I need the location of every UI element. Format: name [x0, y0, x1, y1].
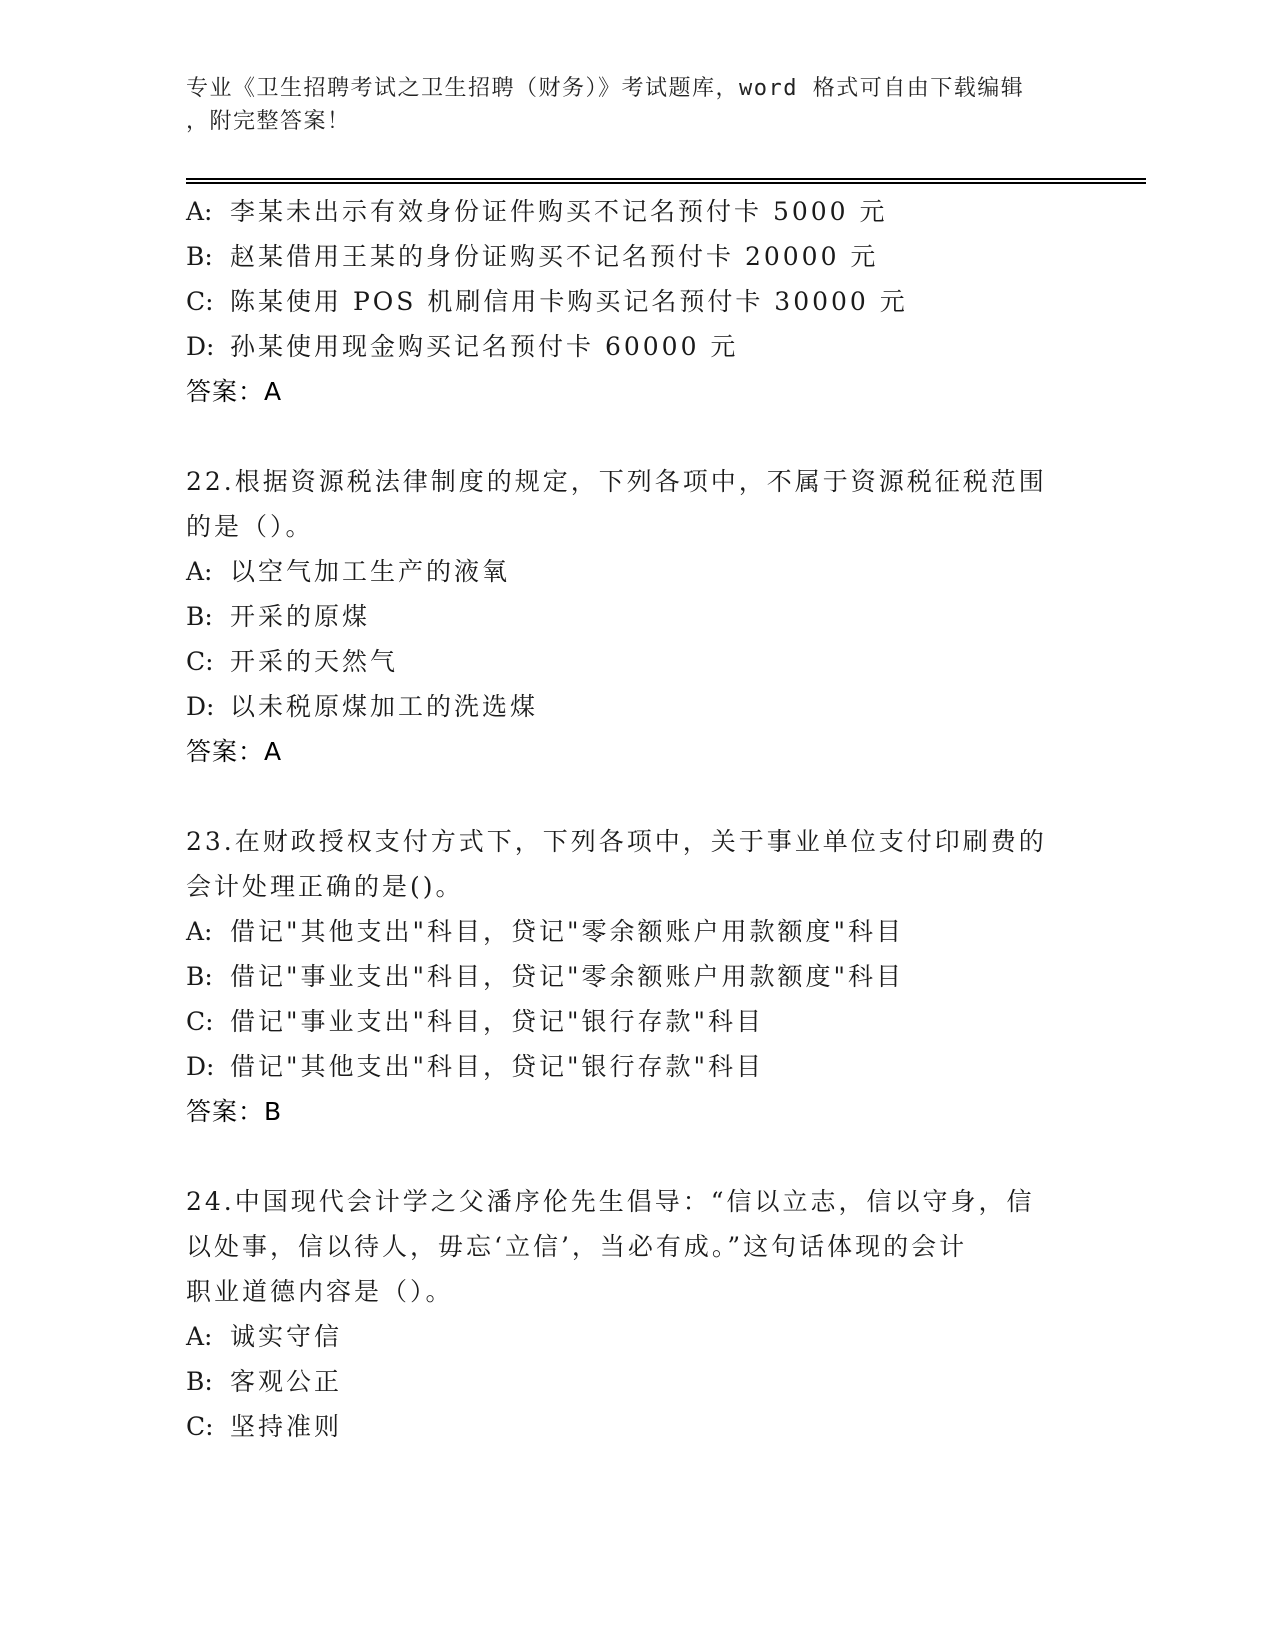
question-stem-cont: 职业道德内容是（）。 — [186, 1269, 1086, 1314]
question-22: 22.根据资源税法律制度的规定，下列各项中，不属于资源税征税范围 的是（）。 A… — [186, 459, 1086, 774]
document-page: 专业《卫生招聘考试之卫生招聘（财务）》考试题库，word 格式可自由下载编辑 ，… — [0, 0, 1275, 1650]
option-b: B:借记"事业支出"科目，贷记"零余额账户用款额度"科目 — [186, 954, 1086, 999]
question-23: 23.在财政授权支付方式下，下列各项中，关于事业单位支付印刷费的 会计处理正确的… — [186, 819, 1086, 1134]
question-stem-cont: 的是（）。 — [186, 504, 1086, 549]
option-c: C:开采的天然气 — [186, 639, 1086, 684]
question-stem-cont: 以处事，信以待人，毋忘‘立信’，当必有成。”这句话体现的会计 — [186, 1224, 1086, 1269]
option-b: B:赵某借用王某的身份证购买不记名预付卡 20000 元 — [186, 234, 1086, 279]
spacer — [186, 1134, 1086, 1179]
option-c: C:坚持准则 — [186, 1404, 1086, 1449]
option-a: A:诚实守信 — [186, 1314, 1086, 1359]
answer-label: 答案：A — [186, 369, 1086, 414]
spacer — [186, 774, 1086, 819]
question-content: A:李某未出示有效身份证件购买不记名预付卡 5000 元 B:赵某借用王某的身份… — [186, 189, 1086, 1449]
option-d: D:孙某使用现金购买记名预付卡 60000 元 — [186, 324, 1086, 369]
option-a: A:以空气加工生产的液氧 — [186, 549, 1086, 594]
answer-label: 答案：A — [186, 729, 1086, 774]
option-b: B:客观公正 — [186, 1359, 1086, 1404]
option-b: B:开采的原煤 — [186, 594, 1086, 639]
option-c: C:陈某使用 POS 机刷信用卡购买记名预付卡 30000 元 — [186, 279, 1086, 324]
spacer — [186, 414, 1086, 459]
header-line-2: ，附完整答案！ — [186, 105, 1086, 138]
option-a: A:借记"其他支出"科目，贷记"零余额账户用款额度"科目 — [186, 909, 1086, 954]
question-stem: 24.中国现代会计学之父潘序伦先生倡导：“信以立志，信以守身，信 — [186, 1179, 1086, 1224]
question-stem-cont: 会计处理正确的是()。 — [186, 864, 1086, 909]
question-21: A:李某未出示有效身份证件购买不记名预付卡 5000 元 B:赵某借用王某的身份… — [186, 189, 1086, 414]
header-line-1: 专业《卫生招聘考试之卫生招聘（财务）》考试题库，word 格式可自由下载编辑 — [186, 72, 1086, 105]
question-stem: 23.在财政授权支付方式下，下列各项中，关于事业单位支付印刷费的 — [186, 819, 1086, 864]
option-a: A:李某未出示有效身份证件购买不记名预付卡 5000 元 — [186, 189, 1086, 234]
header-divider-bottom — [186, 182, 1146, 184]
question-24: 24.中国现代会计学之父潘序伦先生倡导：“信以立志，信以守身，信 以处事，信以待… — [186, 1179, 1086, 1449]
option-d: D:以未税原煤加工的洗选煤 — [186, 684, 1086, 729]
option-c: C:借记"事业支出"科目，贷记"银行存款"科目 — [186, 999, 1086, 1044]
option-d: D:借记"其他支出"科目，贷记"银行存款"科目 — [186, 1044, 1086, 1089]
document-header: 专业《卫生招聘考试之卫生招聘（财务）》考试题库，word 格式可自由下载编辑 ，… — [186, 72, 1086, 138]
question-stem: 22.根据资源税法律制度的规定，下列各项中，不属于资源税征税范围 — [186, 459, 1086, 504]
answer-label: 答案：B — [186, 1089, 1086, 1134]
header-divider-top — [186, 178, 1146, 180]
